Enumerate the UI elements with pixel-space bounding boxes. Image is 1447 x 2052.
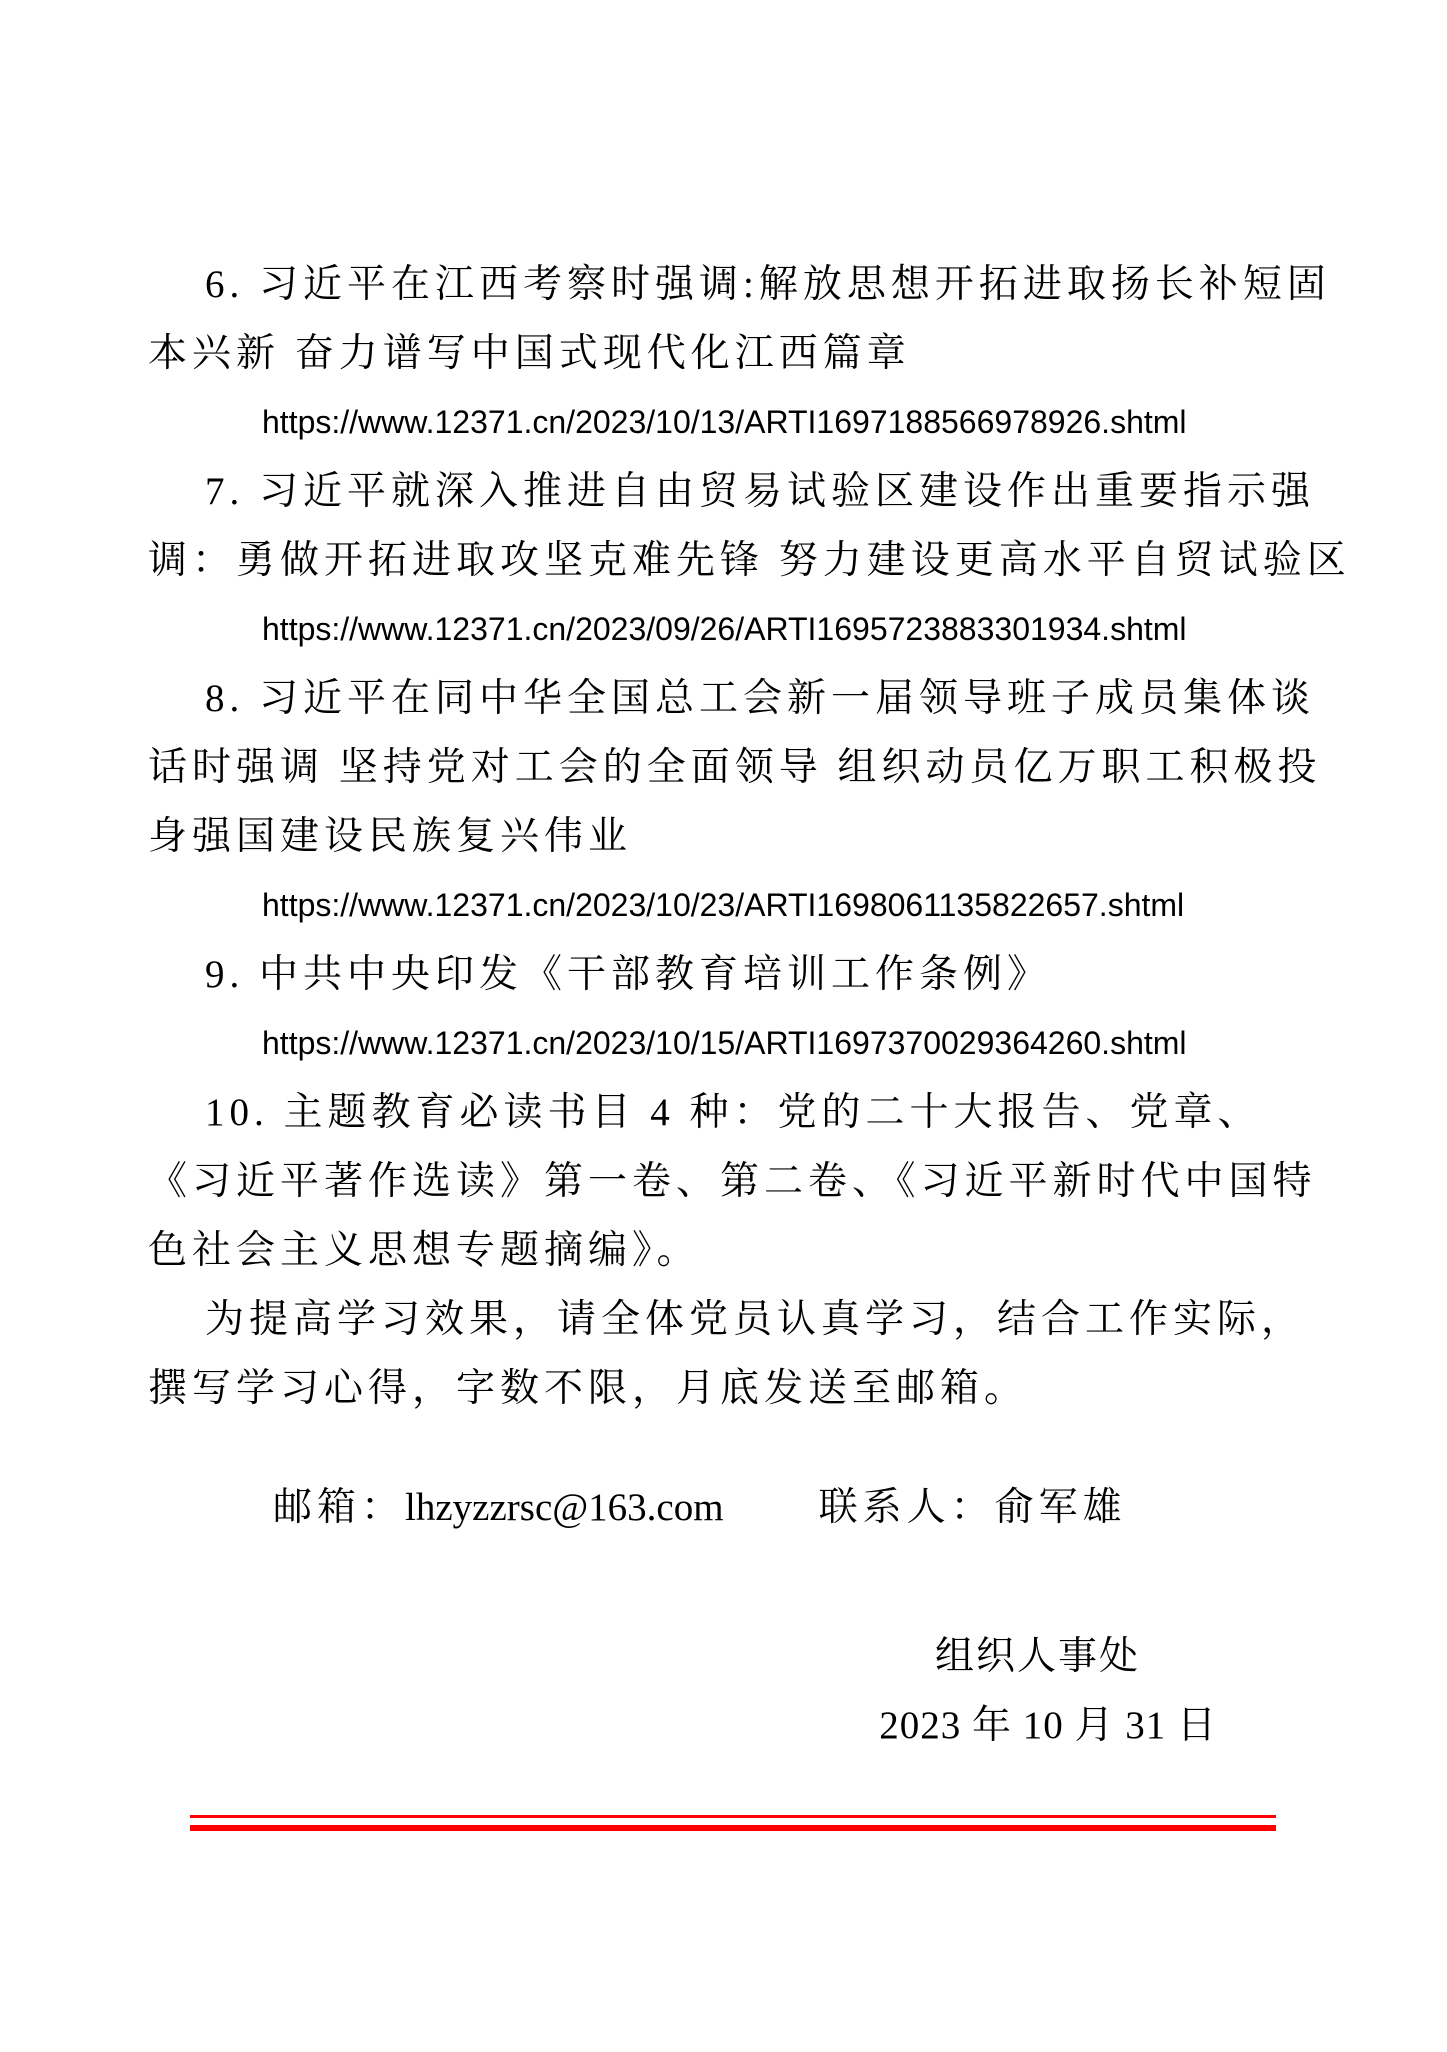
closing-line-1: 为提高学习效果，请全体党员认真学习，结合工作实际， — [148, 1285, 1290, 1354]
list-item-7-line-1: 7. 习近平就深入推进自由贸易试验区建设作出重要指示强 — [148, 457, 1290, 526]
closing-line-2: 撰写学习心得，字数不限，月底发送至邮箱。 — [148, 1354, 1290, 1423]
closing-paragraph: 为提高学习效果，请全体党员认真学习，结合工作实际， 撰写学习心得，字数不限，月底… — [148, 1285, 1290, 1423]
list-item-10-line-1: 10. 主题教育必读书目 4 种：党的二十大报告、党章、 — [148, 1078, 1290, 1147]
list-item-10-line-2: 《习近平著作选读》第一卷、第二卷、《习近平新时代中国特 — [148, 1147, 1290, 1216]
list-item-9-url: https://www.12371.cn/2023/10/15/ARTI1697… — [148, 1009, 1290, 1078]
notice-content: 6. 习近平在江西考察时强调:解放思想开拓进取扬长补短固 本兴新 奋力谱写中国式… — [148, 0, 1290, 1831]
list-item-6-url: https://www.12371.cn/2023/10/13/ARTI1697… — [148, 388, 1290, 457]
email-address: lhzyzzrsc@163.com — [405, 1486, 724, 1529]
footer-rule-thick-line — [190, 1825, 1276, 1831]
list-item-7-line-2: 调：勇做开拓进取攻坚克难先锋 努力建设更高水平自贸试验区 — [148, 526, 1290, 595]
document-page: 6. 习近平在江西考察时强调:解放思想开拓进取扬长补短固 本兴新 奋力谱写中国式… — [0, 0, 1447, 2052]
signature-date: 2023 年 10 月 31 日 — [148, 1691, 1217, 1760]
signature-department: 组织人事处 — [148, 1622, 1140, 1691]
contact-person-name: 俞军雄 — [995, 1486, 1127, 1529]
footer-double-rule — [190, 1815, 1276, 1831]
footer-rule-gap — [190, 1818, 1276, 1825]
contact-line: 邮箱：lhzyzzrsc@163.com联系人：俞军雄 — [148, 1473, 1290, 1542]
list-item-8-line-3: 身强国建设民族复兴伟业 — [148, 802, 1290, 871]
list-item-6-line-2: 本兴新 奋力谱写中国式现代化江西篇章 — [148, 319, 1290, 388]
list-item-10-line-3: 色社会主义思想专题摘编》。 — [148, 1216, 1290, 1285]
list-item-10: 10. 主题教育必读书目 4 种：党的二十大报告、党章、 《习近平著作选读》第一… — [148, 1078, 1290, 1285]
list-item-8-url: https://www.12371.cn/2023/10/23/ARTI1698… — [148, 871, 1290, 940]
list-item-9: 9. 中共中央印发《干部教育培训工作条例》 https://www.12371.… — [148, 940, 1290, 1078]
list-item-6: 6. 习近平在江西考察时强调:解放思想开拓进取扬长补短固 本兴新 奋力谱写中国式… — [148, 250, 1290, 457]
list-item-9-line-1: 9. 中共中央印发《干部教育培训工作条例》 — [148, 940, 1290, 1009]
list-item-8-line-2: 话时强调 坚持党对工会的全面领导 组织动员亿万职工积极投 — [148, 733, 1290, 802]
signature-block: 组织人事处 2023 年 10 月 31 日 — [148, 1622, 1290, 1760]
email-label: 邮箱： — [273, 1486, 405, 1529]
contact-person-label: 联系人： — [819, 1486, 995, 1529]
list-item-6-line-1: 6. 习近平在江西考察时强调:解放思想开拓进取扬长补短固 — [148, 250, 1290, 319]
list-item-7-url: https://www.12371.cn/2023/09/26/ARTI1695… — [148, 595, 1290, 664]
list-item-8-line-1: 8. 习近平在同中华全国总工会新一届领导班子成员集体谈 — [148, 664, 1290, 733]
list-item-8: 8. 习近平在同中华全国总工会新一届领导班子成员集体谈 话时强调 坚持党对工会的… — [148, 664, 1290, 940]
list-item-7: 7. 习近平就深入推进自由贸易试验区建设作出重要指示强 调：勇做开拓进取攻坚克难… — [148, 457, 1290, 664]
